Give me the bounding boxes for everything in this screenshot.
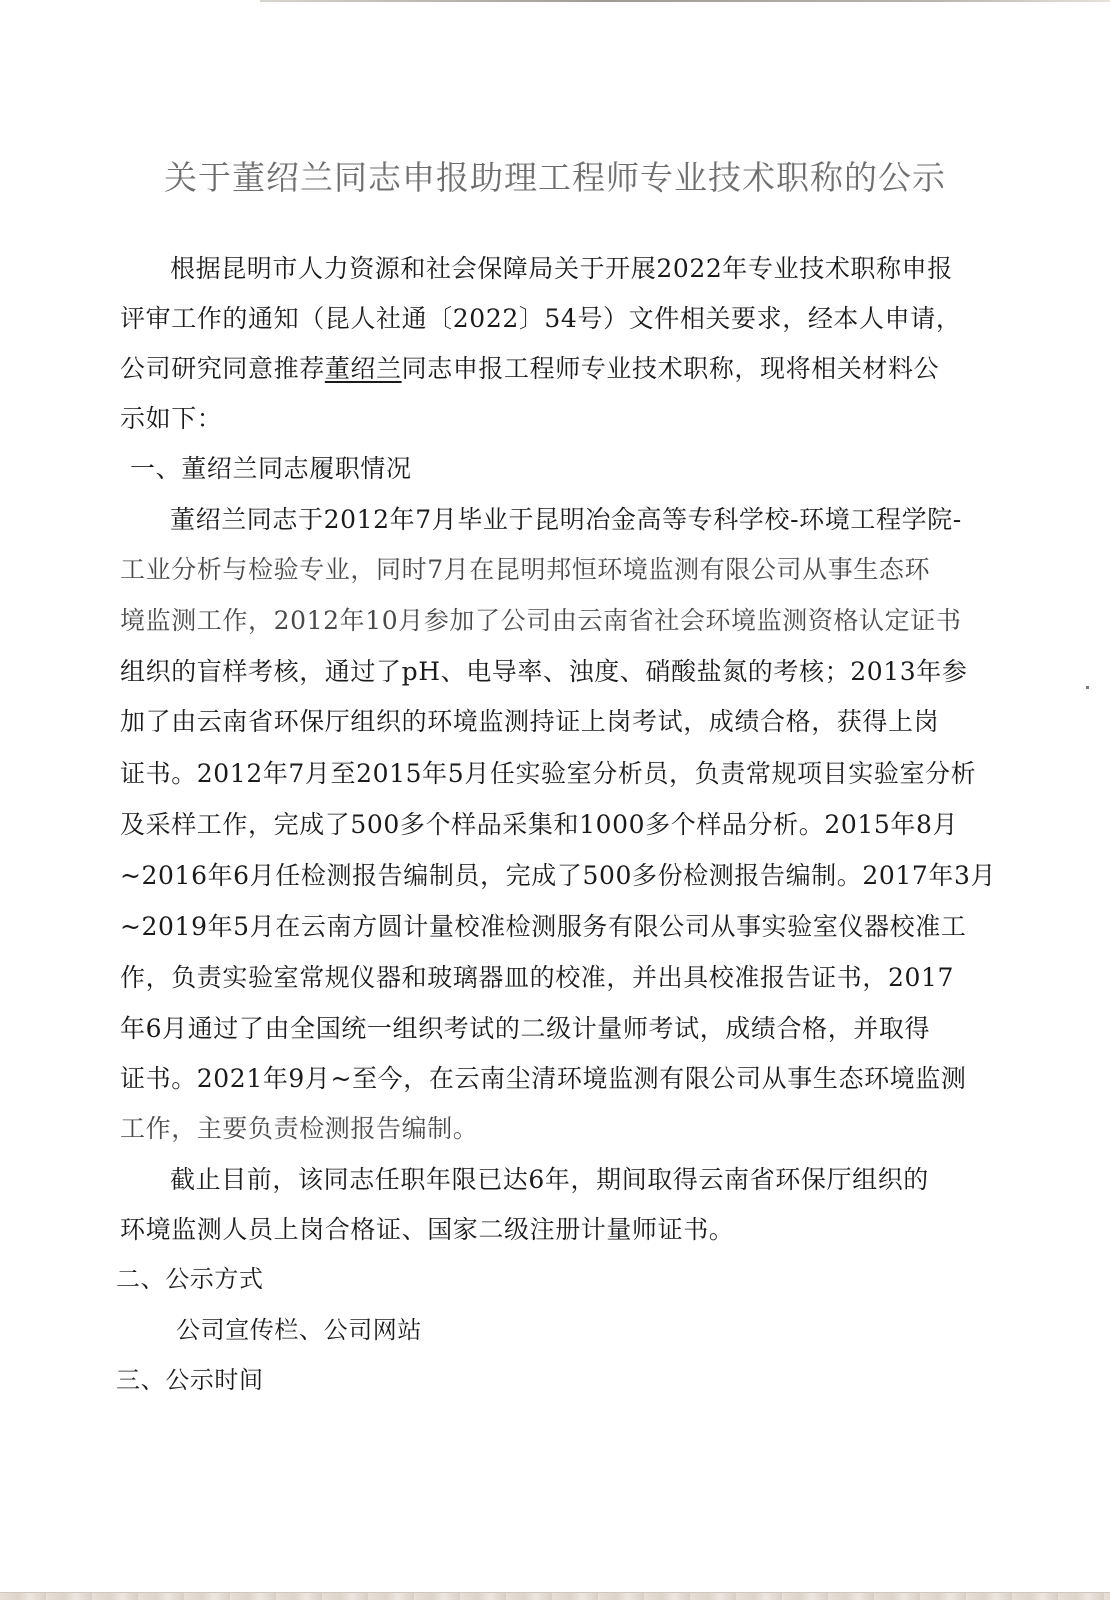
candidate-name: 董绍兰	[325, 354, 402, 383]
section-1-line: 工业分析与检验专业，同时7月在昆明邦恒环境监测有限公司从事生态环	[120, 553, 960, 587]
section-1-line: 董绍兰同志于2012年7月毕业于昆明冶金高等专科学校-环境工程学院-	[170, 503, 1010, 537]
section-3-heading: 三、公示时间	[116, 1363, 956, 1397]
intro-line-4: 示如下：	[120, 402, 960, 436]
section-1-line: 工作，主要负责检测报告编制。	[120, 1112, 960, 1146]
intro-line-1: 根据昆明市人力资源和社会保障局关于开展2022年专业技术职称申报	[170, 252, 1010, 286]
section-1-line: 及采样工作，完成了500多个样品采集和1000多个样品分析。2015年8月	[120, 808, 960, 842]
scan-speck	[1086, 686, 1089, 689]
section-1-line: 证书。2012年7月至2015年5月任实验室分析员，负责常规项目实验室分析	[120, 757, 960, 791]
section-1-line: 境监测工作，2012年10月参加了公司由云南省社会环境监测资格认定证书	[120, 604, 960, 638]
section-1-line: ~2019年5月在云南方圆计量校准检测服务有限公司从事实验室仪器校准工	[120, 910, 960, 944]
section-1-line: ~2016年6月任检测报告编制员，完成了500多份检测报告编制。2017年3月	[120, 859, 960, 893]
section-1-line: 组织的盲样考核，通过了pH、电导率、浊度、硝酸盐氮的考核；2013年参	[120, 655, 960, 689]
section-1-summary-line: 截止目前，该同志任职年限已达6年，期间取得云南省环保厅组织的	[170, 1163, 1010, 1197]
section-1-line: 年6月通过了由全国统一组织考试的二级计量师考试，成绩合格，并取得	[120, 1012, 960, 1046]
intro-line-2: 评审工作的通知（昆人社通〔2022〕54号）文件相关要求，经本人申请，	[120, 302, 960, 336]
section-1-line: 证书。2021年9月~至今，在云南尘清环境监测有限公司从事生态环境监测	[120, 1062, 960, 1096]
scan-top-edge	[260, 0, 1110, 2]
scan-bottom-edge	[0, 1592, 1110, 1600]
intro-line-3: 公司研究同意推荐董绍兰同志申报工程师专业技术职称，现将相关材料公	[120, 352, 960, 386]
section-2-content: 公司宣传栏、公司网站	[176, 1313, 1016, 1347]
section-2-heading: 二、公示方式	[116, 1262, 956, 1296]
section-1-heading: 一、董绍兰同志履职情况	[130, 452, 970, 486]
intro-line-3-start: 公司研究同意推荐	[120, 354, 325, 383]
intro-line-3-end: 同志申报工程师专业技术职称，现将相关材料公	[402, 354, 940, 383]
section-1-summary-line: 环境监测人员上岗合格证、国家二级注册计量师证书。	[120, 1213, 960, 1247]
document-title: 关于董绍兰同志申报助理工程师专业技术职称的公示	[0, 152, 1110, 199]
section-1-line: 加了由云南省环保厅组织的环境监测持证上岗考试，成绩合格，获得上岗	[120, 705, 960, 739]
section-1-line: 作，负责实验室常规仪器和玻璃器皿的校准，并出具校准报告证书，2017	[120, 961, 960, 995]
